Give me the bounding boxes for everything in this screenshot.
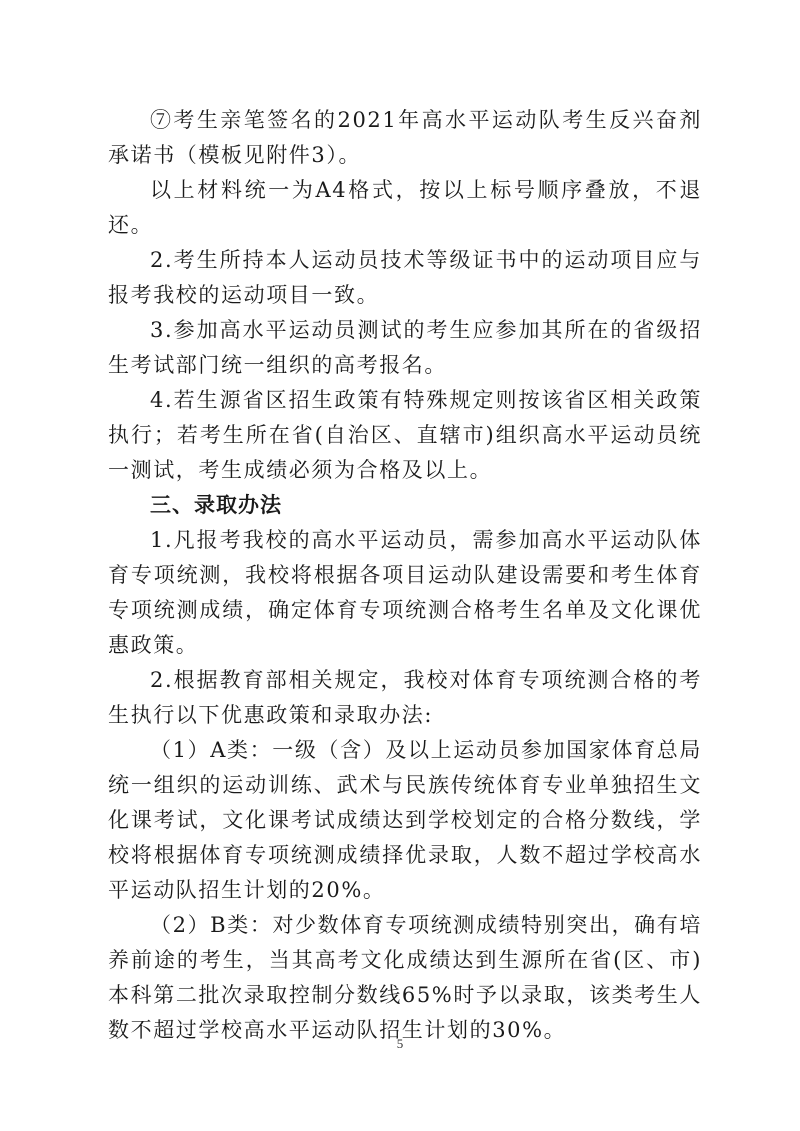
document-page: ⑦考生亲笔签名的2021年高水平运动队考生反兴奋剂承诺书（模板见附件3）。 以上… bbox=[0, 0, 800, 1131]
paragraph-admission-1: 1.凡报考我校的高水平运动员，需参加高水平运动队体育专项统测，我校将根据各项目运… bbox=[108, 523, 702, 663]
paragraph-category-a: （1）A类：一级（含）及以上运动员参加国家体育总局统一组织的运动训练、武术与民族… bbox=[108, 733, 702, 908]
paragraph-rule-4: 4.若生源省区招生政策有特殊规定则按该省区相关政策执行；若考生所在省(自治区、直… bbox=[108, 383, 702, 488]
paragraph-rule-2: 2.考生所持本人运动员技术等级证书中的运动项目应与报考我校的运动项目一致。 bbox=[108, 243, 702, 313]
section-heading-admission: 三、录取办法 bbox=[108, 488, 702, 523]
paragraph-rule-3: 3.参加高水平运动员测试的考生应参加其所在的省级招生考试部门统一组织的高考报名。 bbox=[108, 313, 702, 383]
document-body: ⑦考生亲笔签名的2021年高水平运动队考生反兴奋剂承诺书（模板见附件3）。 以上… bbox=[108, 103, 702, 1048]
paragraph-admission-2: 2.根据教育部相关规定，我校对体育专项统测合格的考生执行以下优惠政策和录取办法: bbox=[108, 663, 702, 733]
paragraph-category-b: （2）B类：对少数体育专项统测成绩特别突出，确有培养前途的考生，当其高考文化成绩… bbox=[108, 908, 702, 1048]
paragraph-item-7-anti-doping: ⑦考生亲笔签名的2021年高水平运动队考生反兴奋剂承诺书（模板见附件3）。 bbox=[108, 103, 702, 173]
paragraph-materials-format: 以上材料统一为A4格式，按以上标号顺序叠放，不退还。 bbox=[108, 173, 702, 243]
page-number: 5 bbox=[0, 1036, 800, 1052]
